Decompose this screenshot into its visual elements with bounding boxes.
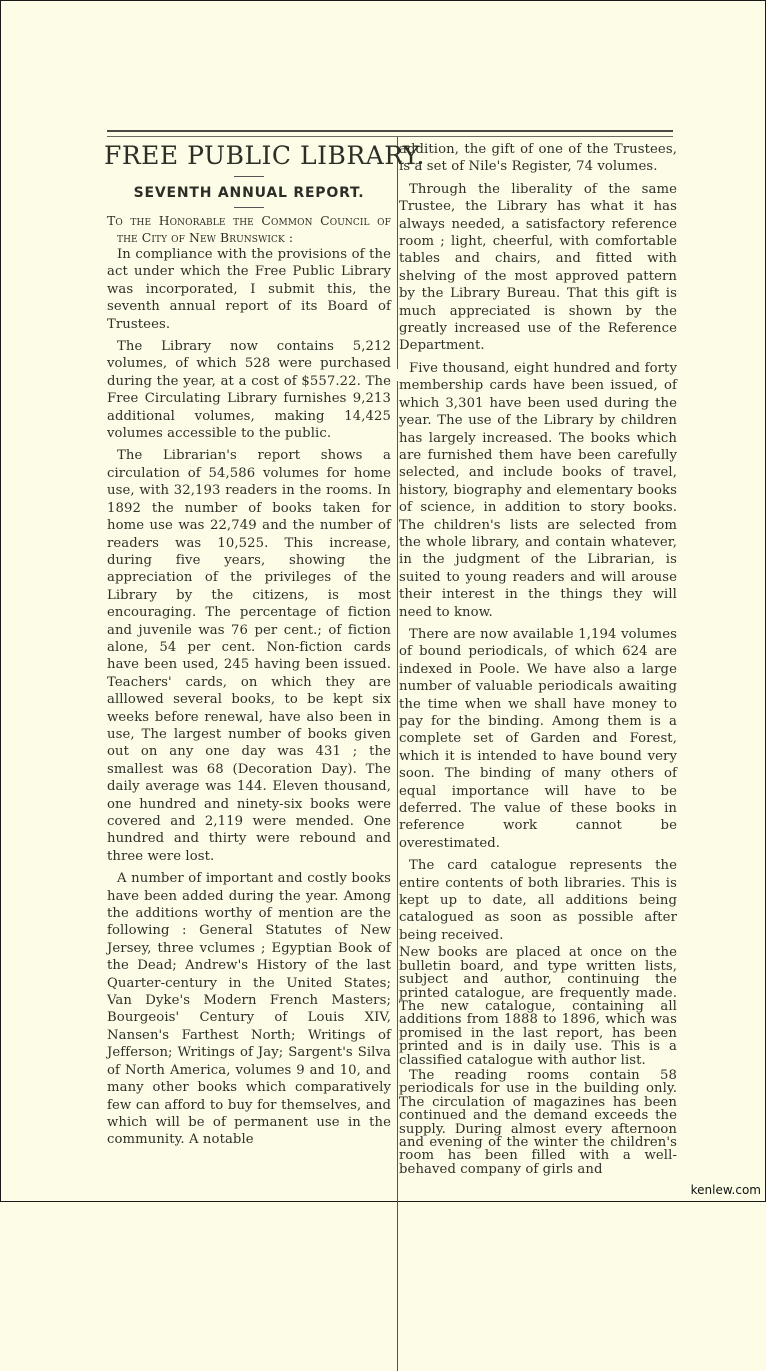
paragraph: There are now available 1,194 volumes of… <box>399 626 677 852</box>
paragraph: Through the liberality of the same Trust… <box>399 181 677 355</box>
left-column: FREE PUBLIC LIBRARY. SEVENTH ANNUAL REPO… <box>107 141 391 1149</box>
right-column: addition, the gift of one of the Trustee… <box>399 141 677 1176</box>
column-divider-lower <box>397 381 398 1202</box>
paragraph: Five thousand, eight hundred and forty m… <box>399 360 677 621</box>
paragraph: The Librarian's report shows a circulati… <box>107 447 391 865</box>
title-rule <box>234 176 264 177</box>
salutation: To the Honorable the Common Council of t… <box>107 212 391 246</box>
paragraph: The card catalogue represents the entire… <box>399 857 677 944</box>
paragraph: New books are placed at once on the bull… <box>399 946 677 1067</box>
scanned-page: FREE PUBLIC LIBRARY. SEVENTH ANNUAL REPO… <box>0 0 766 1202</box>
column-divider <box>397 137 398 369</box>
paragraph: A number of important and costly books h… <box>107 870 391 1149</box>
paragraph: In compliance with the provisions of the… <box>107 246 391 333</box>
top-rule-thick <box>107 130 673 132</box>
paragraph: The Library now contains 5,212 volumes, … <box>107 338 391 442</box>
paragraph: addition, the gift of one of the Trustee… <box>399 141 677 176</box>
report-subtitle: SEVENTH ANNUAL REPORT. <box>107 183 391 203</box>
watermark: kenlew.com <box>691 1183 761 1197</box>
page-title: FREE PUBLIC LIBRARY. <box>104 141 391 171</box>
subtitle-rule <box>234 207 264 208</box>
top-rule-thin <box>107 136 673 137</box>
paragraph: The reading rooms contain 58 periodicals… <box>399 1069 677 1176</box>
